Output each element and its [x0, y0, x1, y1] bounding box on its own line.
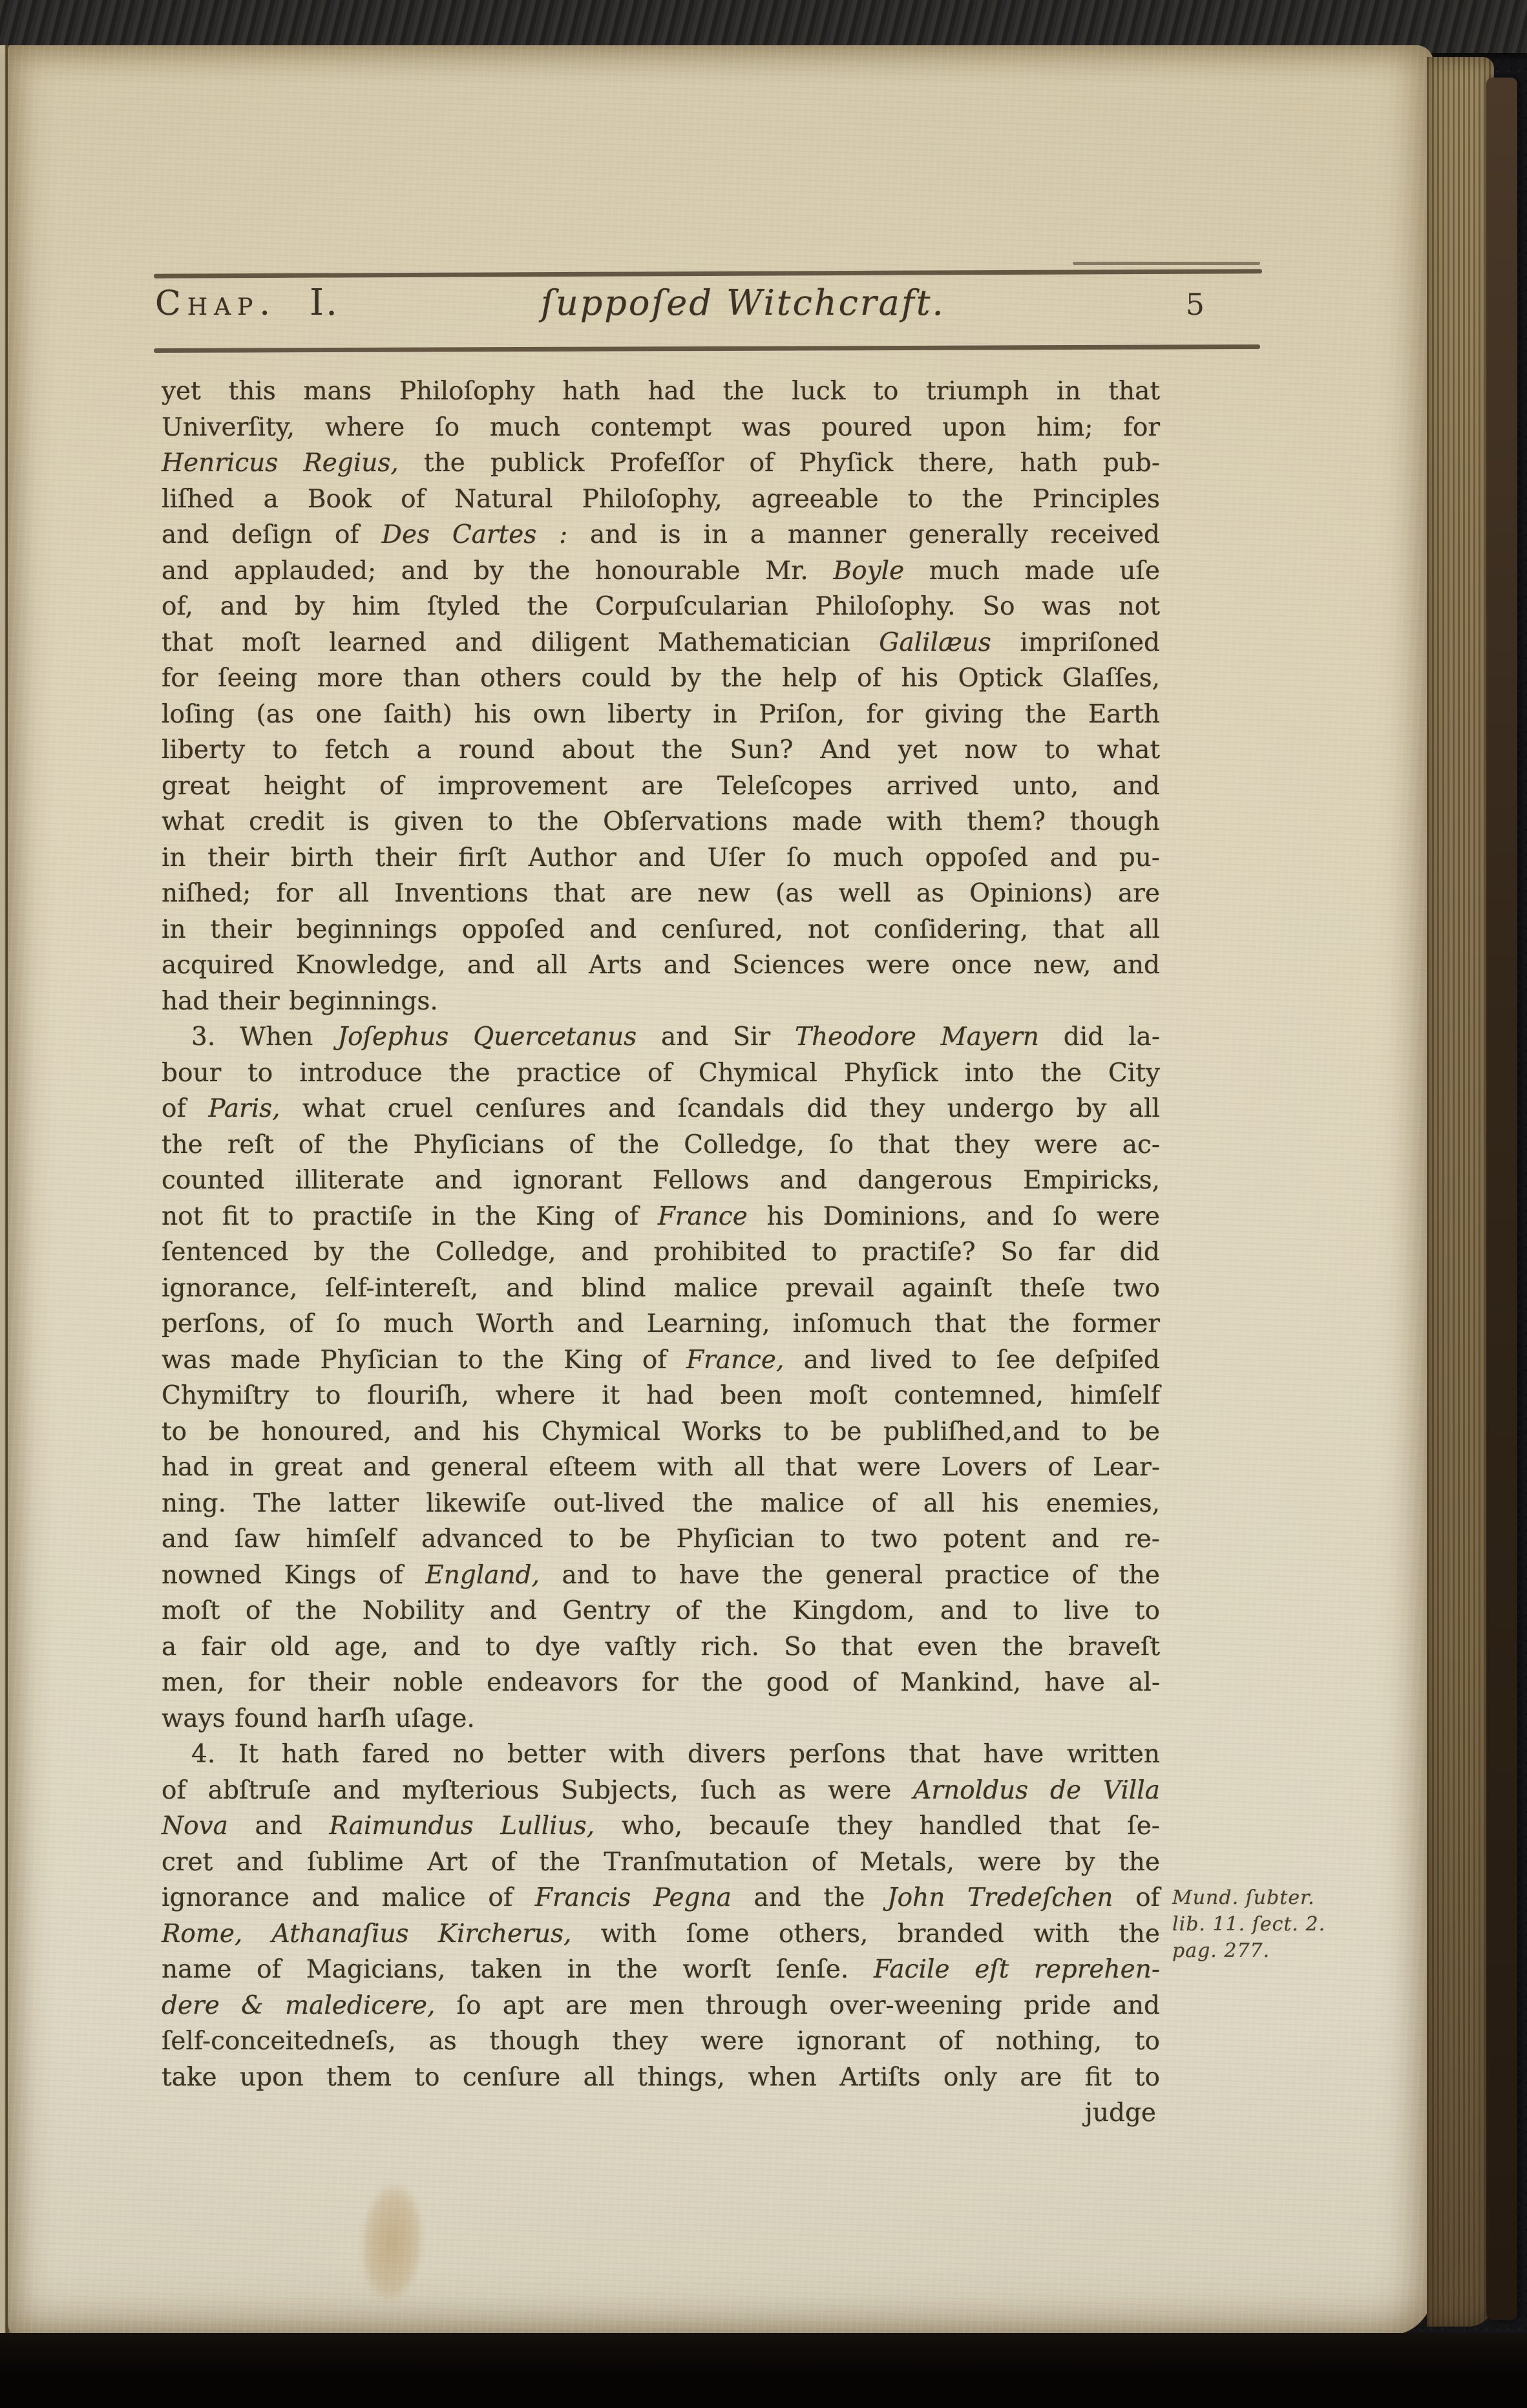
text-line: had their beginnings. [162, 984, 1160, 1020]
text-line: for ſeeing more than others could by the… [162, 660, 1160, 697]
text-line: in their beginnings oppoſed and cenſured… [162, 912, 1160, 948]
text-line: liſhed a Book of Natural Philoſophy, agr… [162, 481, 1160, 518]
catchword: judge [162, 2095, 1160, 2131]
text-line: great height of improvement are Teleſcop… [162, 768, 1160, 805]
text-line: Henricus Regius, the publick Profeſſor o… [162, 445, 1160, 481]
text-line: ſentenced by the Colledge, and prohibite… [162, 1234, 1160, 1271]
paragraph: yet this mans Philoſophy hath had the lu… [162, 374, 1160, 1019]
text-line: what credit is given to the Obſervations… [162, 804, 1160, 840]
text-line: moſt of the Nobility and Gentry of the K… [162, 1593, 1160, 1629]
text-line: cret and ſublime Art of the Tranſmutatio… [162, 1844, 1160, 1881]
text-line: Univerſity, where ſo much contempt was p… [162, 410, 1160, 446]
paragraph: 4. It hath fared no better with divers p… [162, 1737, 1160, 2095]
text-line: bour to introduce the practice of Chymic… [162, 1055, 1160, 1092]
running-title: ſuppoſed Witchcraft. [320, 282, 1166, 323]
text-line: name of Magicians, taken in the worſt ſe… [162, 1952, 1160, 1988]
chapter-label: Chap. [155, 284, 277, 323]
text-line: ning. The latter likewiſe out-lived the … [162, 1486, 1160, 1522]
text-line: niſhed; for all Inventions that are new … [162, 876, 1160, 912]
text-line: loſing (as one ſaith) his own liberty in… [162, 697, 1160, 733]
text-line: take upon them to cenſure all things, wh… [162, 2060, 1160, 2096]
margin-note: Mund. ſubter. lib. 11. ſect. 2. pag. 277… [1172, 1885, 1424, 1964]
text-line: in their birth their firſt Author and Uſ… [162, 840, 1160, 876]
book-photo: Chap. I. ſuppoſed Witchcraft. 5 yet this… [0, 0, 1527, 2408]
text-line: of Paris, what cruel cenſures and ſcanda… [162, 1091, 1160, 1127]
text-line: not fit to practiſe in the King of Franc… [162, 1199, 1160, 1235]
book-cover-edge [1486, 78, 1517, 2320]
text-line: to be honoured, and his Chymical Works t… [162, 1414, 1160, 1450]
header-rule-top-right [1073, 262, 1260, 265]
paragraph: 3. When Joſephus Quercetanus and Sir The… [162, 1019, 1160, 1737]
text-line: ſelf-conceitedneſs, as though they were … [162, 2023, 1160, 2060]
text-line: and applauded; and by the honourable Mr.… [162, 553, 1160, 589]
text-line: ignorance, ſelf-intereſt, and blind mali… [162, 1271, 1160, 1307]
margin-note-line: lib. 11. ſect. 2. [1172, 1911, 1424, 1938]
text-line: had in great and general eſteem with all… [162, 1450, 1160, 1486]
page-header: Chap. I. ſuppoſed Witchcraft. 5 [155, 282, 1261, 337]
text-line: ignorance and malice of Francis Pegna an… [162, 1880, 1160, 1916]
text-line: Chymiſtry to flouriſh, where it had been… [162, 1378, 1160, 1414]
text-line: Nova and Raimundus Lullius, who, becauſe… [162, 1808, 1160, 1844]
text-line: 3. When Joſephus Quercetanus and Sir The… [162, 1019, 1160, 1055]
margin-note-line: Mund. ſubter. [1172, 1885, 1424, 1911]
paper-stain [343, 2175, 438, 2342]
text-line: that moſt learned and diligent Mathemati… [162, 625, 1160, 661]
text-line: 4. It hath fared no better with divers p… [162, 1737, 1160, 1773]
text-line: a fair old age, and to dye vaſtly rich. … [162, 1629, 1160, 1665]
text-line: Rome, Athanaſius Kircherus, with ſome ot… [162, 1916, 1160, 1952]
text-line: perſons, of ſo much Worth and Learning, … [162, 1306, 1160, 1342]
text-line: the reſt of the Phyſicians of the Colled… [162, 1127, 1160, 1163]
page-number: 5 [1186, 287, 1261, 322]
text-line: of abſtruſe and myſterious Subjects, ſuc… [162, 1773, 1160, 1809]
text-line: yet this mans Philoſophy hath had the lu… [162, 374, 1160, 410]
text-line: nowned Kings of England, and to have the… [162, 1558, 1160, 1594]
text-line: and deſign of Des Cartes : and is in a m… [162, 517, 1160, 553]
text-line: dere & maledicere, ſo apt are men throug… [162, 1988, 1160, 2024]
binding-bottom [0, 2333, 1527, 2408]
text-line: of, and by him ſtyled the Corpuſcularian… [162, 589, 1160, 625]
text-line: acquired Knowledge, and all Arts and Sci… [162, 947, 1160, 984]
text-line: liberty to fetch a round about the Sun? … [162, 732, 1160, 768]
text-line: ways found harſh uſage. [162, 1701, 1160, 1737]
text-line: was made Phyſician to the King of France… [162, 1342, 1160, 1378]
text-line: men, for their noble endeavors for the g… [162, 1665, 1160, 1701]
text-line: counted illiterate and ignorant Fellows … [162, 1163, 1160, 1199]
margin-note-line: pag. 277. [1172, 1938, 1424, 1964]
book-fore-edge [1427, 57, 1494, 2327]
text-column: yet this mans Philoſophy hath had the lu… [162, 374, 1160, 2131]
chapter-heading: Chap. I. [155, 282, 339, 324]
text-line: and ſaw himſelf advanced to be Phyſician… [162, 1521, 1160, 1558]
